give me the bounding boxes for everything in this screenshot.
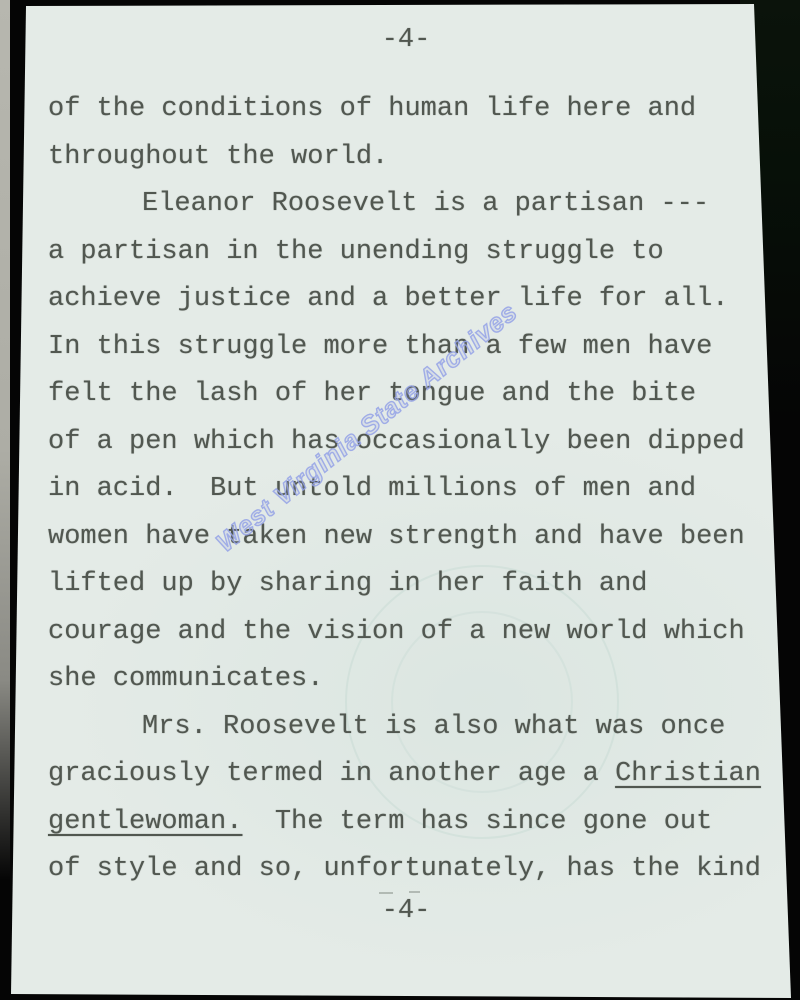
scanner-bed-edge <box>0 0 10 1000</box>
text-line: felt the lash of her tongue and the bite <box>48 371 758 419</box>
text-segment: in acid. But untold millions of men and <box>48 474 696 504</box>
text-segment: The term has since gone out <box>242 807 712 837</box>
page-number-footer: -4- <box>6 898 800 925</box>
document-page: -4- of the conditions of human life here… <box>0 0 800 1000</box>
text-line: Eleanor Roosevelt is a partisan --- <box>48 181 758 229</box>
text-line: she communicates. <box>48 656 758 704</box>
text-line: graciously termed in another age a Chris… <box>48 751 758 799</box>
text-segment: achieve justice and a better life for al… <box>48 284 729 314</box>
text-segment: women have taken new strength and have b… <box>48 522 745 552</box>
text-segment: felt the lash of her tongue and the bite <box>48 379 696 409</box>
text-line: courage and the vision of a new world wh… <box>48 609 758 657</box>
text-line: of the conditions of human life here and <box>48 86 758 134</box>
text-segment: In this struggle more than a few men hav… <box>48 332 712 362</box>
text-line: achieve justice and a better life for al… <box>48 276 758 324</box>
text-segment: of the conditions of human life here and <box>48 94 696 124</box>
text-segment: she communicates. <box>48 664 323 694</box>
text-line: of style and so, unfortunately, has the … <box>48 846 758 894</box>
text-segment: Eleanor Roosevelt is a partisan --- <box>142 189 709 219</box>
typewritten-body: of the conditions of human life here and… <box>48 86 758 894</box>
text-line: a partisan in the unending struggle to <box>48 229 758 277</box>
text-segment: of style and so, unfortunately, has the … <box>48 854 761 884</box>
text-segment: Mrs. Roosevelt is also what was once <box>142 712 725 742</box>
text-segment: throughout the world. <box>48 142 388 172</box>
text-segment: graciously termed in another age a <box>48 759 615 789</box>
text-segment: a partisan in the unending struggle to <box>48 237 664 267</box>
text-line: gentlewoman. The term has since gone out <box>48 799 758 847</box>
text-line: lifted up by sharing in her faith and <box>48 561 758 609</box>
text-line: in acid. But untold millions of men and <box>48 466 758 514</box>
text-line: throughout the world. <box>48 134 758 182</box>
text-segment: of a pen which has occasionally been dip… <box>48 427 745 457</box>
text-line: women have taken new strength and have b… <box>48 514 758 562</box>
text-segment: lifted up by sharing in her faith and <box>48 569 648 599</box>
underlined-text-segment: Christian <box>615 759 761 789</box>
typeover-correction-mark <box>409 891 420 893</box>
page-number-header: -4- <box>6 27 800 54</box>
typeover-correction-mark <box>379 892 393 894</box>
text-line: Mrs. Roosevelt is also what was once <box>48 704 758 752</box>
scanned-document: -4- of the conditions of human life here… <box>0 0 800 1000</box>
text-segment: courage and the vision of a new world wh… <box>48 617 745 647</box>
text-line: In this struggle more than a few men hav… <box>48 324 758 372</box>
underlined-text-segment: gentlewoman. <box>48 807 242 837</box>
text-line: of a pen which has occasionally been dip… <box>48 419 758 467</box>
